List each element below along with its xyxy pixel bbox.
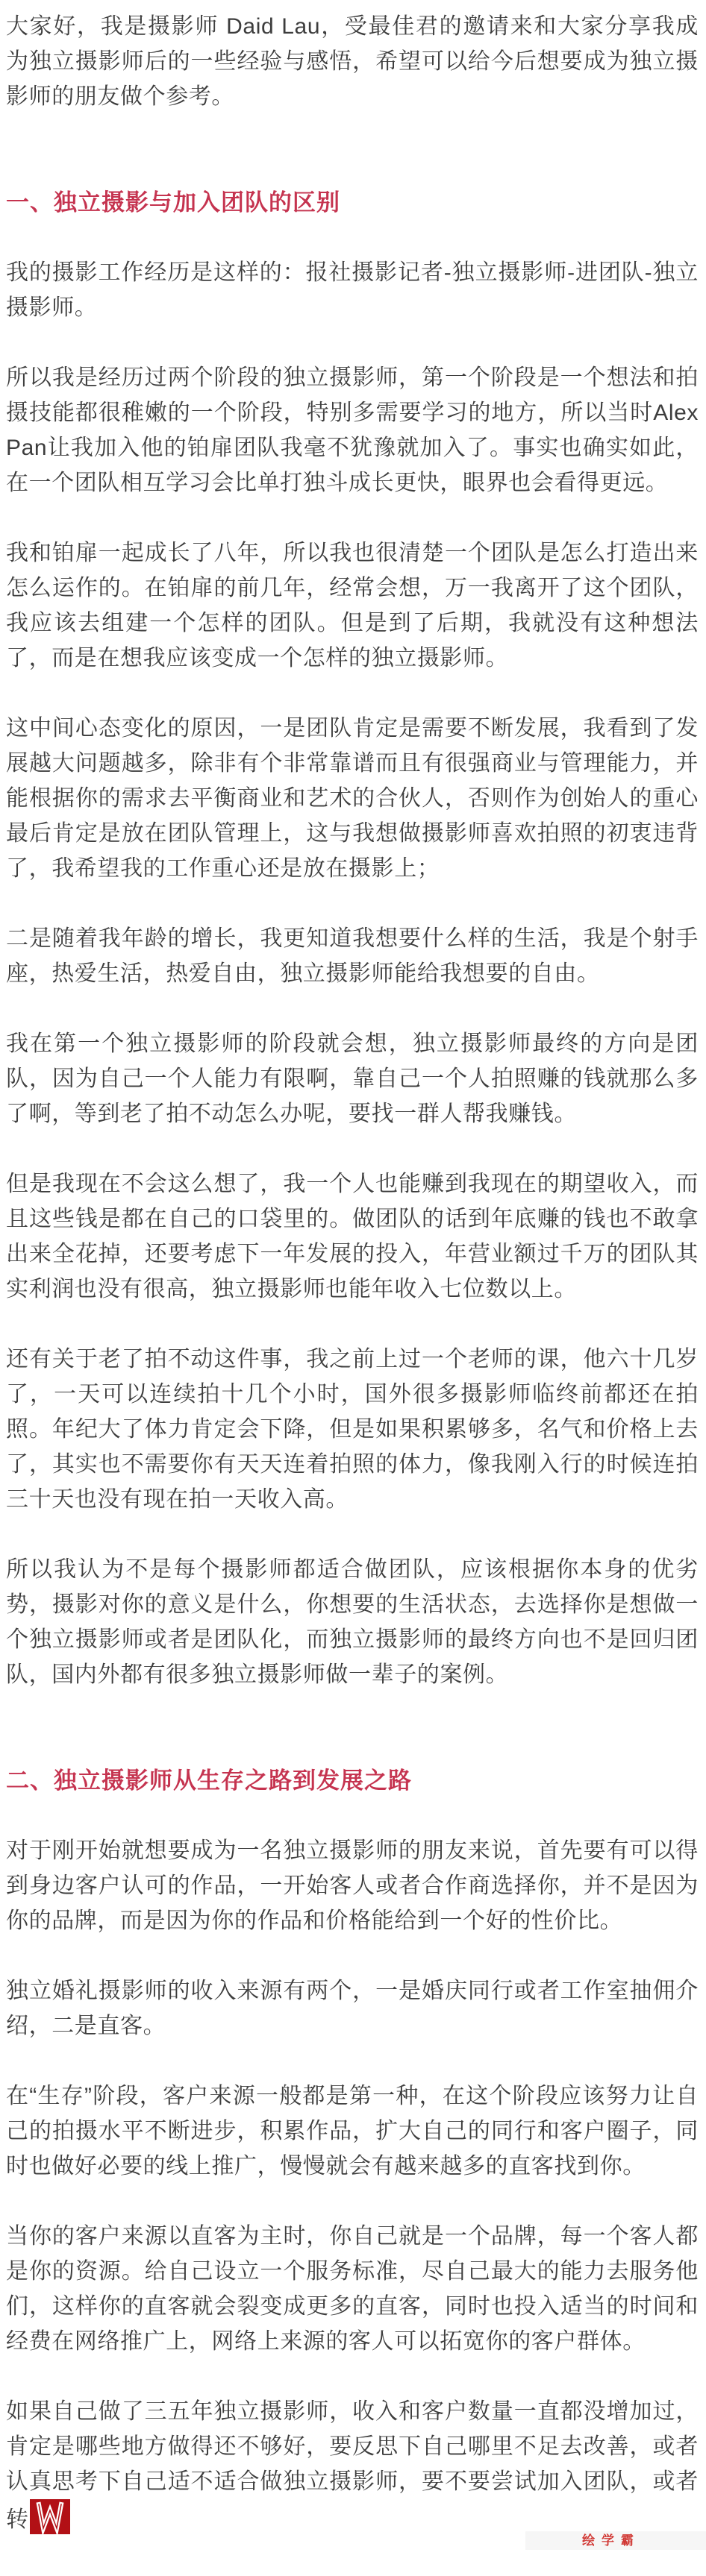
paragraph: 这中间心态变化的原因，一是团队肯定是需要不断发展，我看到了发展越大问题越多，除非… [6,711,699,886]
intro-paragraph: 大家好，我是摄影师 Daid Lau，受最佳君的邀请来和大家分享我成为独立摄影师… [6,9,699,114]
paragraph: 还有关于老了拍不动这件事，我之前上过一个老师的课，他六十几岁了，一天可以连续拍十… [6,1342,699,1517]
last-paragraph-text: 如果自己做了三五年独立摄影师，收入和客户数量一直都没增加过，肯定是哪些地方做得还… [6,2399,699,2532]
paragraph: 在“生存”阶段，客户来源一般都是第一种，在这个阶段应该努力让自己的拍摄水平不断进… [6,2079,699,2184]
watermark-text: 绘学霸 [582,2533,640,2548]
paragraph: 二是随着我年龄的增长，我更知道我想要什么样的生活，我是个射手座，热爱生活，热爱自… [6,921,699,991]
paragraph: 我和铂扉一起成长了八年，所以我也很清楚一个团队是怎么打造出来怎么运作的。在铂扉的… [6,535,699,676]
paragraph: 我在第一个独立摄影师的阶段就会想，独立摄影师最终的方向是团队，因为自己一个人能力… [6,1026,699,1131]
article-body: 大家好，我是摄影师 Daid Lau，受最佳君的邀请来和大家分享我成为独立摄影师… [0,0,706,2537]
section-1-heading: 一、独立摄影与加入团队的区别 [6,185,699,220]
watermark-band: 绘学霸 [525,2531,706,2550]
paragraph: 对于刚开始就想要成为一名独立摄影师的朋友来说，首先要有可以得到身边客户认可的作品… [6,1833,699,1938]
paragraph: 所以我是经历过两个阶段的独立摄影师，第一个阶段是一个想法和拍摄技能都很稚嫩的一个… [6,360,699,500]
paragraph: 我的摄影工作经历是这样的：报社摄影记者-独立摄影师-进团队-独立摄影师。 [6,255,699,325]
w-ribbon-logo [30,2499,70,2534]
article-page: 大家好，我是摄影师 Daid Lau，受最佳君的邀请来和大家分享我成为独立摄影师… [0,0,706,2576]
last-paragraph: 如果自己做了三五年独立摄影师，收入和客户数量一直都没增加过，肯定是哪些地方做得还… [6,2394,699,2537]
paragraph: 当你的客户来源以直客为主时，你自己就是一个品牌，每一个客人都是你的资源。给自己设… [6,2219,699,2359]
paragraph: 但是我现在不会这么想了，我一个人也能赚到我现在的期望收入，而且这些钱是都在自己的… [6,1166,699,1307]
section-2-heading: 二、独立摄影师从生存之路到发展之路 [6,1763,699,1798]
paragraph: 独立婚礼摄影师的收入来源有两个，一是婚庆同行或者工作室抽佣介绍，二是直客。 [6,1973,699,2043]
paragraph: 所以我认为不是每个摄影师都适合做团队，应该根据你本身的优劣势，摄影对你的意义是什… [6,1552,699,1692]
